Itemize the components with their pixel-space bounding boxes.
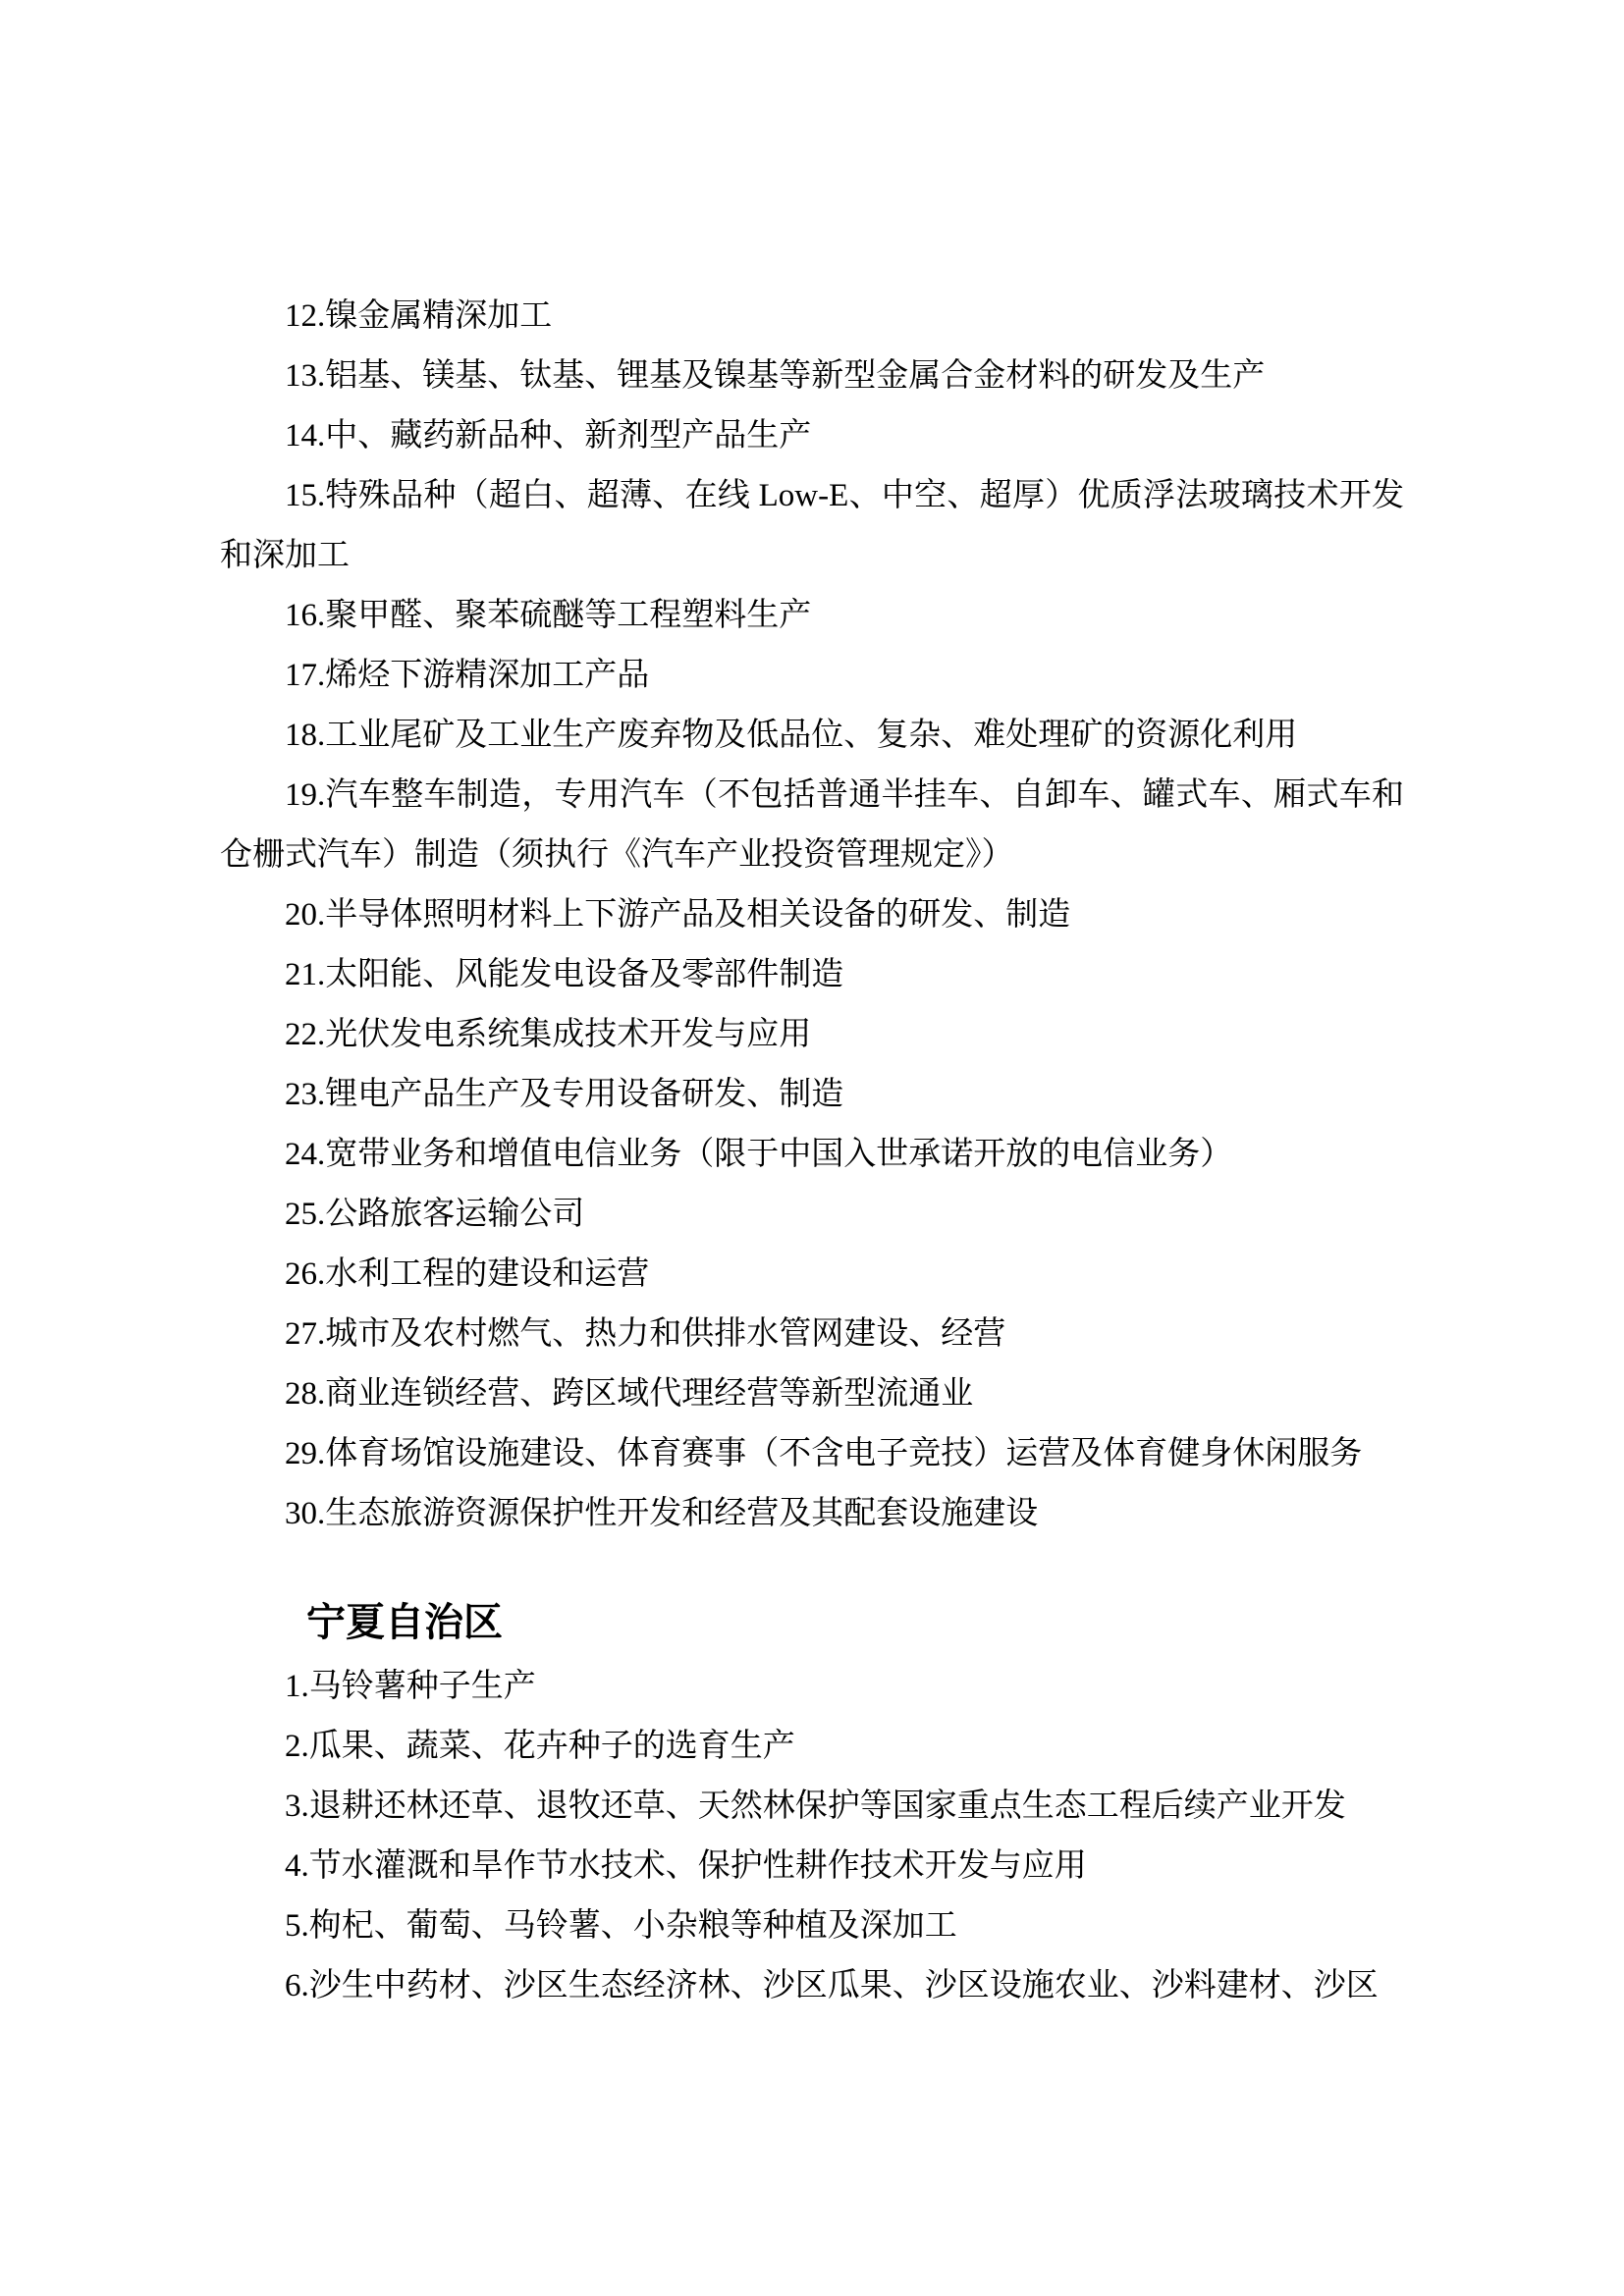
list-item: 13.铝基、镁基、钛基、锂基及镍基等新型金属合金材料的研发及生产 — [220, 347, 1404, 406]
list-item: 6.沙生中药材、沙区生态经济林、沙区瓜果、沙区设施农业、沙料建材、沙区 — [220, 1956, 1404, 2016]
list-item: 30.生态旅游资源保护性开发和经营及其配套设施建设 — [220, 1484, 1404, 1544]
section-list-ningxia: 1.马铃薯种子生产2.瓜果、蔬菜、花卉种子的选育生产3.退耕还林还草、退牧还草、… — [220, 1657, 1404, 2016]
document-content: 12.镍金属精深加工13.铝基、镁基、钛基、锂基及镍基等新型金属合金材料的研发及… — [220, 287, 1404, 2016]
list-item: 23.锂电产品生产及专用设备研发、制造 — [220, 1065, 1404, 1125]
list-item: 29.体育场馆设施建设、体育赛事（不含电子竞技）运营及体育健身休闲服务 — [220, 1424, 1404, 1484]
list-item: 15.特殊品种（超白、超薄、在线 Low-E、中空、超厚）优质浮法玻璃技术开发和… — [220, 466, 1404, 586]
list-item: 22.光伏发电系统集成技术开发与应用 — [220, 1005, 1404, 1065]
section-heading-ningxia: 宁夏自治区 — [306, 1588, 1404, 1657]
list-item: 21.太阳能、风能发电设备及零部件制造 — [220, 945, 1404, 1005]
list-item: 3.退耕还林还草、退牧还草、天然林保护等国家重点生态工程后续产业开发 — [220, 1777, 1404, 1837]
list-item: 17.烯烃下游精深加工产品 — [220, 646, 1404, 706]
list-item: 19.汽车整车制造，专用汽车（不包括普通半挂车、自卸车、罐式车、厢式车和仓栅式汽… — [220, 766, 1404, 885]
list-item: 26.水利工程的建设和运营 — [220, 1245, 1404, 1305]
list-item: 28.商业连锁经营、跨区域代理经营等新型流通业 — [220, 1364, 1404, 1424]
list-item: 5.枸杞、葡萄、马铃薯、小杂粮等种植及深加工 — [220, 1896, 1404, 1956]
list-item: 16.聚甲醛、聚苯硫醚等工程塑料生产 — [220, 586, 1404, 646]
list-item: 14.中、藏药新品种、新剂型产品生产 — [220, 406, 1404, 466]
list-item: 20.半导体照明材料上下游产品及相关设备的研发、制造 — [220, 885, 1404, 945]
list-item: 4.节水灌溉和旱作节水技术、保护性耕作技术开发与应用 — [220, 1837, 1404, 1896]
list-item: 18.工业尾矿及工业生产废弃物及低品位、复杂、难处理矿的资源化利用 — [220, 706, 1404, 766]
section-list-continued: 12.镍金属精深加工13.铝基、镁基、钛基、锂基及镍基等新型金属合金材料的研发及… — [220, 287, 1404, 1544]
list-item: 12.镍金属精深加工 — [220, 287, 1404, 347]
list-item: 24.宽带业务和增值电信业务（限于中国入世承诺开放的电信业务） — [220, 1125, 1404, 1185]
document-page: 12.镍金属精深加工13.铝基、镁基、钛基、锂基及镍基等新型金属合金材料的研发及… — [0, 0, 1624, 2296]
list-item: 1.马铃薯种子生产 — [220, 1657, 1404, 1717]
list-item: 2.瓜果、蔬菜、花卉种子的选育生产 — [220, 1717, 1404, 1777]
list-item: 25.公路旅客运输公司 — [220, 1185, 1404, 1245]
list-item: 27.城市及农村燃气、热力和供排水管网建设、经营 — [220, 1305, 1404, 1364]
